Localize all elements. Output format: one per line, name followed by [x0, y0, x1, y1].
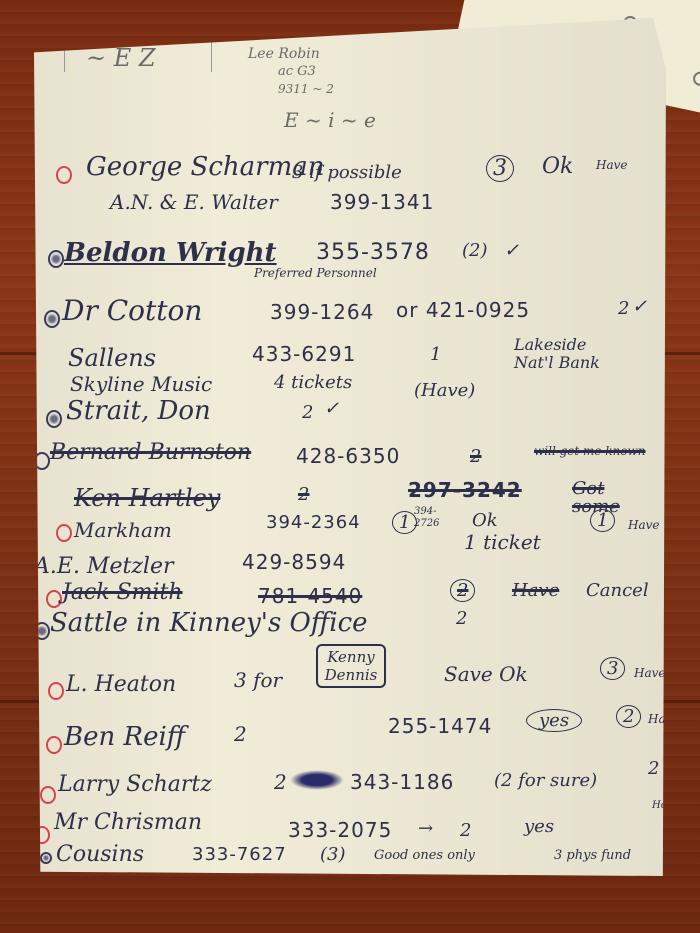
- entry-phone: 428-6350: [296, 444, 400, 468]
- entry-phone-struck: 781-4540: [258, 584, 362, 608]
- entry-name: Mr Chrisman: [54, 810, 202, 835]
- entry-name: Skyline Music: [70, 372, 212, 396]
- entry-name: George Scharman: [86, 152, 324, 182]
- entry-qty: 2: [302, 402, 313, 423]
- entry-count-circled: 2: [616, 706, 641, 727]
- entry-note: yes: [524, 816, 554, 837]
- entry-name: Dr Cotton: [62, 294, 202, 327]
- entry-count-circled: 1: [590, 510, 615, 531]
- header-pencil-line: Lee Robin: [248, 46, 320, 62]
- entry-qty: 2: [460, 820, 471, 841]
- entry-sub-status: 1 ticket: [464, 530, 541, 554]
- red-circle-bullet: [56, 166, 72, 184]
- entry-phone: 429-8594: [242, 550, 346, 574]
- check-mark-icon: ✓: [504, 240, 519, 261]
- entry-note: (2 for sure): [494, 770, 597, 791]
- entry-phone: 333-2075: [288, 818, 392, 842]
- blue-circle-bullet: [44, 310, 60, 328]
- entry-count-circled: 3: [600, 658, 625, 679]
- entry-note-struck: Have: [512, 580, 559, 601]
- red-circle-bullet: [56, 524, 72, 542]
- entry-phone: 343-1186: [350, 770, 454, 794]
- entry-alt-phone: or 421-0925: [396, 298, 530, 322]
- entry-qty: 2: [618, 298, 629, 319]
- entry-name: Ben Reiff: [64, 722, 185, 752]
- entry-status: Have: [634, 666, 666, 680]
- entry-extra: 3 phys fund: [554, 848, 631, 863]
- boxed-note: Kenny Dennis: [316, 644, 386, 688]
- entry-phone: 399-1264: [270, 300, 374, 324]
- entry-name: Strait, Don: [66, 396, 211, 426]
- entry-name: Larry Schartz: [58, 772, 212, 797]
- entry-sub: A.N. & E. Walter: [110, 190, 278, 214]
- check-mark-icon: ✓: [324, 398, 339, 419]
- entry-qty: 4 tickets: [274, 372, 352, 393]
- red-circle-bullet: [40, 786, 56, 804]
- entry-name: Beldon Wright: [64, 238, 277, 268]
- entry-name: A.E. Metzler: [34, 554, 173, 579]
- entry-qty: 2: [274, 770, 287, 794]
- entry-qty: (3): [320, 844, 346, 865]
- entry-status: Ok: [472, 510, 498, 531]
- arrow-icon: →: [418, 818, 433, 839]
- entry-qty: (2): [462, 240, 488, 261]
- blue-circle-bullet: [46, 410, 62, 428]
- check-mark-icon: ✓: [632, 296, 647, 317]
- entry-note: Lakeside Nat'l Bank: [514, 336, 624, 372]
- red-circle-bullet: [46, 736, 62, 754]
- entry-note: Have: [596, 158, 628, 172]
- entry-name-struck: Ken Hartley: [74, 484, 220, 512]
- entry-note: Cancel: [586, 580, 649, 601]
- entry-phone: 255-1474: [388, 714, 492, 738]
- entry-qty-struck: 2: [470, 446, 481, 467]
- entry-note: (Have): [414, 380, 475, 401]
- entry-qty-circled: 3: [486, 156, 514, 181]
- entry-status: Ok: [542, 154, 573, 179]
- entry-phone: 433-6291: [252, 342, 356, 366]
- entry-name: L. Heaton: [66, 672, 176, 697]
- entry-phone: 399-1341: [330, 190, 434, 214]
- handwritten-list-paper: ~ E Z Lee Robin ac G3 9311 ~ 2 E ~ i ~ e…: [34, 18, 666, 876]
- entry-qty: 3 for: [234, 668, 282, 692]
- entry-qty: 2: [234, 722, 247, 746]
- entry-name: Cousins: [56, 842, 144, 867]
- entry-name-struck: Bernard Burnston: [50, 440, 251, 465]
- entry-name: Sallens: [68, 344, 156, 372]
- entry-qty: 1: [430, 344, 441, 365]
- entry-name: Sattle in Kinney's Office: [50, 608, 368, 638]
- entry-name-struck: Jack Smith: [62, 580, 183, 605]
- entry-phone: 355-3578: [316, 240, 430, 265]
- entry-qty-struck: 2: [298, 484, 309, 505]
- entry-qty-circled-struck: 2: [450, 580, 475, 601]
- red-circle-bullet: [48, 682, 64, 700]
- header-pencil-line: ac G3: [278, 64, 316, 79]
- entry-note: Save Ok: [444, 662, 528, 686]
- entry-phone: 333-7627: [192, 844, 287, 865]
- entry-count: 2: [648, 758, 659, 779]
- entry-note: Good ones only: [374, 848, 475, 863]
- entry-sub: Preferred Personnel: [254, 266, 377, 280]
- entry-phone-struck: 297-3242: [408, 478, 522, 502]
- scribble-mark: [290, 770, 344, 790]
- blue-circle-bullet: [48, 250, 64, 268]
- blue-circle-bullet: [40, 852, 52, 864]
- entry-note-struck: will get me known: [534, 444, 646, 458]
- red-circle-bullet: [46, 590, 62, 608]
- entry-name: Markham: [74, 518, 172, 542]
- entry-phone: 394-2364: [266, 512, 361, 533]
- entry-note: Have: [628, 518, 660, 532]
- header-pencil-line: E ~ i ~ e: [284, 108, 376, 132]
- header-pencil-line: 9311 ~ 2: [278, 82, 334, 96]
- entry-alt-phone-circled: 394-2726: [414, 506, 446, 530]
- entry-count-note: 3 if possible: [292, 162, 402, 183]
- entry-qty: 2: [456, 608, 467, 629]
- circled-note: yes: [526, 710, 582, 731]
